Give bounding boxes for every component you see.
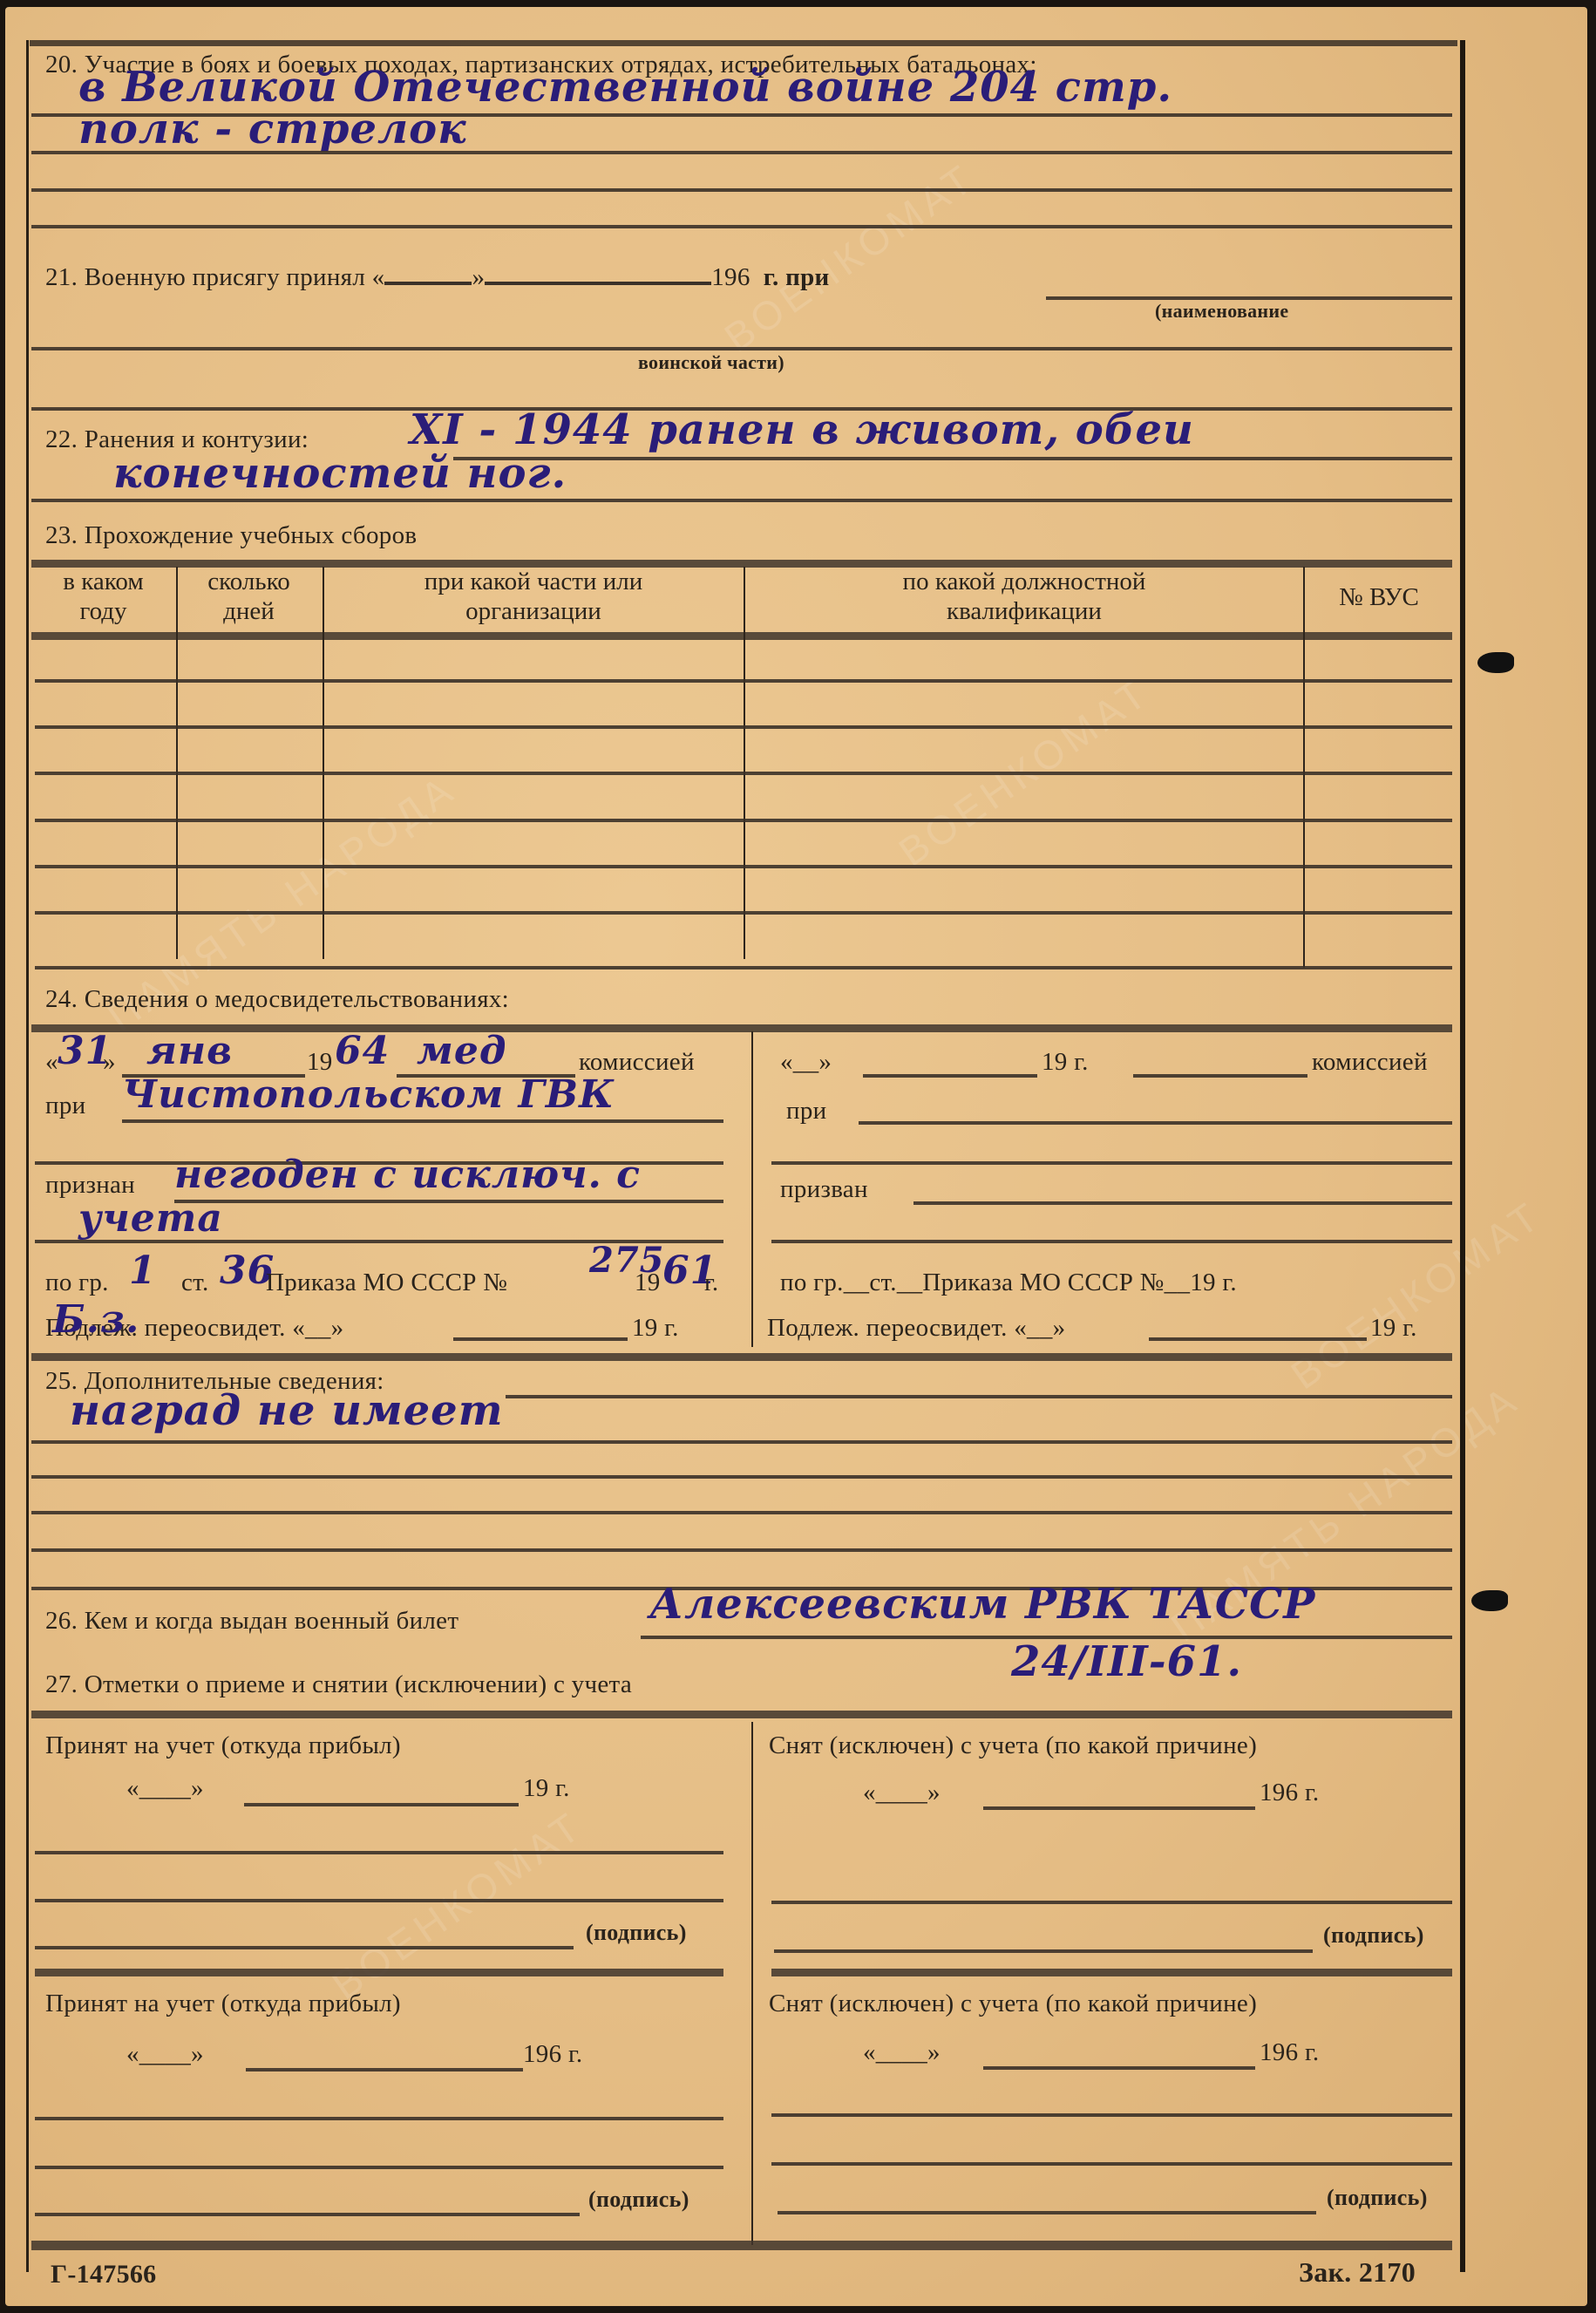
table-row [35,679,1452,683]
s24-right-commission-label: комиссией [1312,1048,1428,1077]
s24-right-year: 19 г. [1042,1048,1089,1077]
col-header-days: сколькодней [177,567,321,626]
form-number: Г-147566 [51,2260,156,2289]
s24-right-date-label: «__» [780,1048,832,1077]
month-blank [485,282,711,285]
rule [31,188,1452,192]
rule [453,457,1452,460]
removed-year: 196 г. [1260,1779,1319,1807]
table-bottom-rule [35,966,1452,969]
removed-date: «____» [863,1779,941,1807]
s24-left-order-year-prefix: 19 [635,1269,661,1297]
rule [771,1969,1452,1976]
column-divider [751,1722,753,2245]
s24-left-gr-value: 1 [129,1248,157,1293]
rule [771,1161,1452,1165]
table-row [35,819,1452,822]
rule [506,1395,1452,1398]
s24-right-pri-label: при [786,1097,826,1126]
signature-line [774,1949,1313,1953]
removed-sign-label: (подпись) [1327,2185,1428,2211]
signature-line [35,2213,580,2216]
rule [453,1337,628,1341]
col-header-qualification: по какой должностнойквалификации [745,567,1303,626]
s24-left-date-open: « [45,1048,58,1077]
s24-right-prizvan-label: призван [780,1175,868,1204]
s24-left-commission-type: мед [417,1029,506,1073]
removed-sign-label: (подпись) [1323,1922,1424,1949]
rule [244,1803,519,1806]
col-header-line: при какой части или [324,567,743,596]
s24-left-year-suffix: 64 [335,1029,390,1073]
day-blank [384,282,472,285]
s24-left-st-label: ст. [181,1269,209,1297]
s24-left-reexam-year: 19 г. [632,1314,679,1343]
rule [35,2117,723,2120]
s21-label-b: » [472,263,485,291]
table-row [35,772,1452,775]
order-number: Зак. 2170 [1299,2256,1416,2289]
s24-left-pri-label: при [45,1092,85,1120]
accepted-date: «____» [126,1774,204,1803]
s21-caption-b: воинской части) [638,351,784,374]
rule [771,1901,1452,1904]
rule [31,347,1452,350]
col-header-vus: № ВУС [1305,582,1453,612]
removed-title: Снят (исключен) с учета (по какой причин… [769,1731,1257,1760]
s24-left-month: янв [146,1029,233,1073]
s22-value-line2: конечностей ног. [113,449,567,498]
rule [1149,1337,1367,1341]
col-header-line: организации [324,596,743,626]
signature-line [778,2211,1316,2214]
bottom-rule [31,2241,1452,2250]
column-divider [744,567,745,959]
rule [31,1024,1452,1032]
col-header-line: квалификации [745,596,1303,626]
table-row [35,911,1452,915]
top-rule [30,40,1457,46]
s22-value-line1: XI - 1944 ранен в живот, обеи [410,405,1194,454]
s24-left-order-year-g: г. [704,1269,718,1297]
rule [246,2068,523,2071]
rule [1133,1074,1307,1078]
table-row [35,865,1452,868]
s24-left-priznan-value: негоден с исключ. с [174,1153,641,1197]
removed-date: «____» [863,2038,941,2067]
col-header-line: году [31,596,175,626]
s21-label: 21. Военную присягу принял «»196 г. при [45,263,830,292]
rule [31,1511,1452,1514]
rule [35,1969,723,1976]
column-divider [1303,567,1305,968]
rule [122,1119,723,1123]
col-header-year: в какомгоду [31,567,175,626]
rule [771,2113,1452,2117]
s26-value-line2: 24/III-61. [1011,1637,1242,1686]
rule [31,1475,1452,1479]
s24-left-pri-value: Чистопольском ГВК [122,1072,615,1117]
accepted-year: 19 г. [523,1774,570,1803]
rule [35,1899,723,1902]
rule [771,2162,1452,2166]
column-divider [751,1031,753,1347]
s26-value-line1: Алексеевским РВК ТАССР [649,1580,1315,1629]
binding-hole [1477,652,1514,673]
binding-hole [1471,1590,1508,1611]
s24-label: 24. Сведения о медосвидетельствованиях: [45,985,509,1014]
rule [31,1353,1452,1361]
rule [913,1201,1452,1205]
s24-left-priznan-value-2: учета [78,1196,223,1241]
s23-label: 23. Прохождение учебных сборов [45,521,417,550]
removed-year: 196 г. [1260,2038,1319,2067]
rule [31,151,1452,154]
signature-line [35,1946,574,1949]
s20-value-line2: полк - стрелок [78,105,467,153]
s24-left-reexam-value: Б.з. [52,1297,139,1342]
col-header-unit: при какой части илиорганизации [324,567,743,626]
rule [31,1440,1452,1444]
accepted-year: 196 г. [523,2040,582,2069]
s24-right-reexam-year: 19 г. [1370,1314,1417,1343]
s25-value: наград не имеет [70,1386,503,1435]
s21-label-a: 21. Военную присягу принял « [45,263,384,291]
table-row [35,725,1452,729]
col-header-line: дней [177,596,321,626]
accepted-title: Принят на учет (откуда прибыл) [45,1990,401,2018]
col-header-line: сколько [177,567,321,596]
accepted-sign-label: (подпись) [586,1920,687,1946]
column-divider [176,567,178,959]
s21-caption-a: (наименование [1155,300,1288,323]
rule [35,1851,723,1854]
s21-year: 196 [711,263,750,291]
s24-right-po-gr-line: по гр.__ст.__Приказа МО СССР №__19 г. [780,1269,1237,1297]
col-header-line: в каком [31,567,175,596]
column-divider [323,567,324,959]
col-header-line: по какой должностной [745,567,1303,596]
removed-title: Снят (исключен) с учета (по какой причин… [769,1990,1257,2018]
rule [174,1200,723,1203]
s24-right-reexam-label: Подлеж. переосвидет. «__» [767,1314,1065,1343]
rule [31,1711,1452,1718]
rule [31,499,1452,502]
s24-left-order-label: Приказа МО СССР № [266,1269,507,1297]
s27-label: 27. Отметки о приеме и снятии (исключени… [45,1670,632,1699]
s21-label-c: г. при [764,263,830,291]
rule [983,2066,1255,2070]
accepted-date: «____» [126,2040,204,2069]
accepted-title: Принят на учет (откуда прибыл) [45,1731,401,1760]
rule [35,2166,723,2169]
rule [863,1074,1037,1078]
accepted-sign-label: (подпись) [588,2187,689,2213]
s26-label: 26. Кем и когда выдан военный билет [45,1607,458,1636]
table-header-bottom-rule [31,632,1452,640]
rule [31,1548,1452,1552]
col-header-line: № ВУС [1305,582,1453,612]
rule [771,1240,1452,1243]
s24-left-date-close: » [103,1048,116,1077]
s24-left-po-gr-label: по гр. [45,1269,109,1297]
rule [31,225,1452,228]
rule [983,1806,1255,1810]
rule [859,1121,1452,1125]
